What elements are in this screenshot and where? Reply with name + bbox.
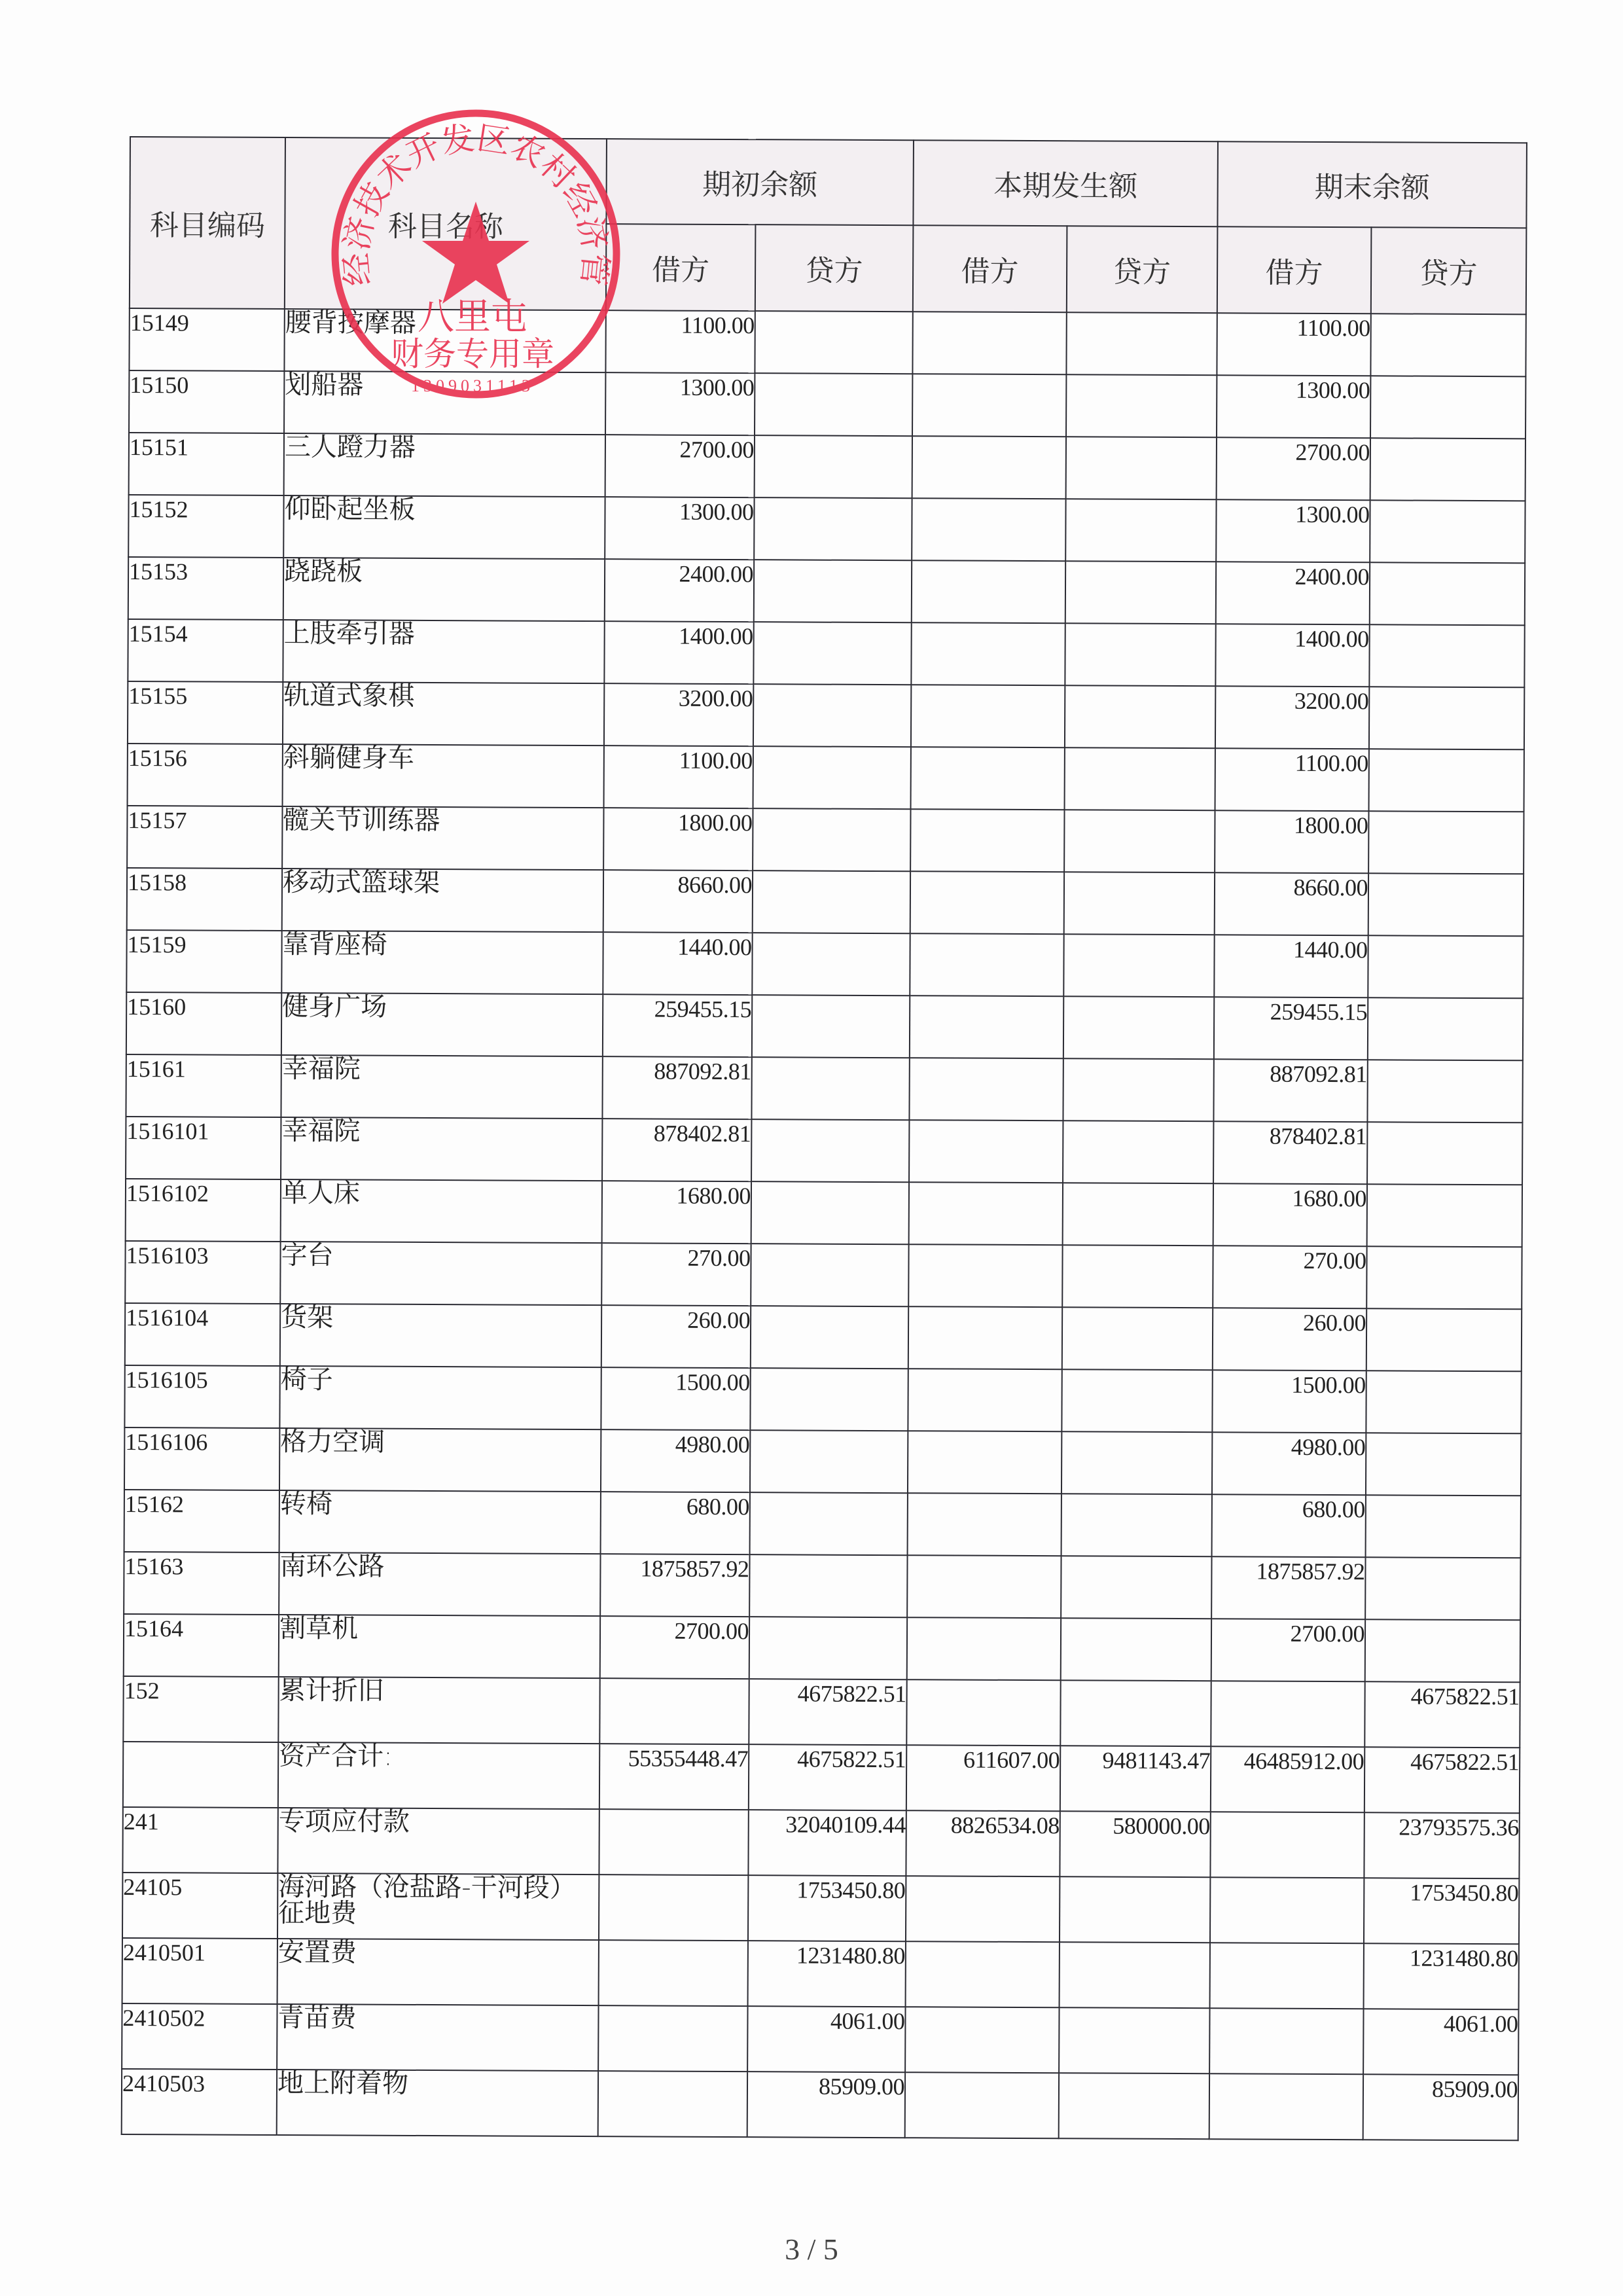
table-row: 2410503地上附着物85909.0085909.00 [122, 2069, 1518, 2140]
balance-ledger-table: 科目编码 科目名称 期初余额 本期发生额 期末余额 借方 贷方 借方 贷方 借方… [121, 136, 1527, 2141]
account-name: 椅子 [279, 1366, 601, 1429]
table-row: 1516101幸福院878402.81878402.81 [126, 1117, 1522, 1185]
account-code: 1516103 [125, 1241, 280, 1304]
table-row: 1516103字台270.00270.00 [125, 1241, 1522, 1309]
opening-credit-cell [749, 1554, 907, 1617]
account-code: 15163 [124, 1552, 279, 1615]
opening-credit-cell [750, 1492, 908, 1555]
account-name: 专项应付款 [277, 1808, 599, 1874]
account-name: 幸福院 [281, 1055, 602, 1119]
opening-credit-cell [753, 622, 911, 685]
table-row: 15155轨道式象棋3200.003200.00 [128, 681, 1524, 749]
account-code: 15151 [129, 433, 284, 495]
opening-debit-cell: 1680.00 [602, 1181, 751, 1244]
opening-debit-cell: 1100.00 [605, 310, 755, 373]
table-row: 15152仰卧起坐板1300.001300.00 [128, 495, 1525, 563]
closing-debit-cell: 887092.81 [1213, 1059, 1367, 1122]
opening-credit-cell: 4061.00 [747, 2006, 905, 2072]
period-credit-cell [1061, 1431, 1212, 1494]
closing-debit-cell [1211, 1681, 1364, 1747]
header-opening-debit: 借方 [606, 224, 756, 311]
table-row: 24105海河路（沧盐路-干河段）征地费1753450.801753450.80 [122, 1873, 1519, 1944]
account-code: 15150 [129, 370, 284, 433]
account-name: 地上附着物 [277, 2070, 598, 2136]
period-debit-cell [908, 1493, 1061, 1556]
account-code: 15164 [124, 1614, 279, 1677]
account-name: 健身广场 [281, 993, 603, 1056]
closing-credit-cell [1369, 687, 1524, 749]
table-row: 15149腰背按摩器1100.001100.00 [129, 308, 1525, 376]
opening-debit-cell: 1300.00 [605, 372, 755, 435]
account-name: 髋关节训练器 [282, 806, 603, 870]
account-name: 仰卧起坐板 [283, 495, 605, 559]
closing-credit-cell [1366, 1371, 1521, 1433]
opening-credit-cell [755, 435, 912, 498]
period-debit-cell [908, 1369, 1061, 1431]
account-name: 字台 [280, 1242, 601, 1305]
document-page: 科目编码 科目名称 期初余额 本期发生额 期末余额 借方 贷方 借方 贷方 借方… [0, 0, 1623, 2296]
closing-credit-cell: 1231480.80 [1364, 1943, 1519, 2009]
closing-debit-cell [1210, 1877, 1364, 1943]
period-credit-cell [1065, 685, 1215, 748]
header-opening-balance: 期初余额 [606, 139, 914, 225]
account-name: 腰背按摩器 [284, 309, 605, 372]
closing-credit-cell [1367, 1122, 1522, 1185]
account-code: 2410503 [122, 2069, 277, 2135]
closing-debit-cell: 1300.00 [1216, 499, 1370, 562]
closing-debit-cell: 1100.00 [1217, 313, 1370, 376]
period-debit-cell [911, 747, 1065, 810]
period-debit-cell [906, 1679, 1060, 1746]
header-period-debit: 借方 [913, 225, 1067, 312]
period-debit-cell [912, 374, 1066, 437]
closing-debit-cell: 8660.00 [1215, 872, 1368, 935]
period-credit-cell [1059, 2073, 1209, 2139]
table-row: 15162转椅680.00680.00 [124, 1490, 1521, 1558]
table-row: 15158移动式篮球架8660.008660.00 [127, 868, 1524, 936]
closing-credit-cell [1368, 873, 1524, 936]
ledger-body: 15149腰背按摩器1100.001100.0015150划船器1300.001… [122, 308, 1526, 2140]
account-code: 15161 [126, 1054, 281, 1117]
opening-debit-cell: 1300.00 [605, 497, 754, 560]
account-code: 1516101 [126, 1117, 281, 1179]
opening-debit-cell [598, 2005, 747, 2072]
closing-credit-cell [1369, 624, 1524, 687]
closing-debit-cell [1209, 2008, 1363, 2074]
closing-credit-cell: 85909.00 [1363, 2074, 1518, 2140]
period-debit-cell [912, 312, 1066, 374]
closing-debit-cell: 259455.15 [1214, 997, 1368, 1060]
period-debit-cell: 611607.00 [906, 1745, 1060, 1811]
period-credit-cell [1066, 312, 1217, 375]
period-debit-cell [907, 1617, 1061, 1680]
opening-debit-cell: 680.00 [601, 1492, 750, 1554]
closing-credit-cell: 4061.00 [1363, 2009, 1518, 2075]
period-debit-cell [907, 1555, 1061, 1618]
opening-debit-cell: 878402.81 [602, 1119, 751, 1181]
closing-credit-cell [1366, 1246, 1522, 1309]
header-account-name: 科目名称 [285, 137, 607, 310]
opening-debit-cell: 1400.00 [604, 621, 753, 684]
table-row: 2410502青苗费4061.004061.00 [122, 2003, 1518, 2075]
account-name: 靠背座椅 [281, 931, 603, 994]
period-debit-cell [909, 1182, 1063, 1245]
opening-debit-cell: 1800.00 [603, 808, 753, 870]
opening-credit-cell [752, 995, 910, 1058]
header-opening-credit: 贷方 [755, 224, 914, 312]
opening-credit-cell: 32040109.44 [748, 1810, 906, 1876]
period-credit-cell [1061, 1618, 1211, 1681]
period-credit-cell [1064, 872, 1215, 935]
opening-credit-cell [753, 684, 911, 747]
closing-debit-cell: 3200.00 [1215, 686, 1369, 749]
closing-debit-cell: 2700.00 [1211, 1619, 1365, 1681]
opening-credit-cell [752, 933, 910, 996]
closing-credit-cell [1369, 749, 1524, 812]
account-code: 152 [123, 1676, 278, 1742]
opening-credit-cell [754, 560, 912, 622]
opening-debit-cell: 2400.00 [605, 559, 754, 622]
table-row: 2410501安置费1231480.801231480.80 [122, 1938, 1519, 2009]
opening-credit-cell [751, 1119, 909, 1182]
account-code: 15158 [127, 868, 282, 931]
header-period-amount: 本期发生额 [913, 140, 1218, 226]
period-debit-cell [908, 1244, 1062, 1307]
opening-debit-cell: 1440.00 [603, 932, 752, 995]
table-row: 15153跷跷板2400.002400.00 [128, 557, 1525, 625]
period-debit-cell [912, 560, 1065, 623]
account-name: 转椅 [279, 1490, 601, 1554]
period-credit-cell [1066, 374, 1217, 437]
closing-credit-cell [1366, 1495, 1521, 1558]
account-code: 24105 [122, 1873, 277, 1939]
account-name: 割草机 [279, 1615, 600, 1678]
opening-credit-cell [751, 1181, 909, 1244]
period-debit-cell [910, 933, 1063, 996]
period-credit-cell [1065, 499, 1216, 562]
closing-debit-cell [1210, 1943, 1364, 2009]
account-code: 2410501 [122, 1938, 277, 2004]
account-code: 1516106 [124, 1427, 279, 1490]
account-code: 15160 [126, 992, 281, 1055]
account-code: 1516105 [124, 1365, 279, 1428]
account-name: 格力空调 [279, 1428, 601, 1492]
period-debit-cell [906, 1941, 1060, 2007]
account-code: 15154 [128, 619, 283, 682]
opening-credit-cell [751, 1244, 908, 1306]
period-credit-cell [1061, 1556, 1211, 1619]
opening-debit-cell: 887092.81 [602, 1056, 751, 1119]
closing-debit-cell: 260.00 [1213, 1308, 1366, 1371]
account-code: 1516104 [125, 1303, 280, 1366]
closing-debit-cell: 1500.00 [1212, 1370, 1366, 1433]
account-name: 青苗费 [277, 2004, 598, 2071]
closing-credit-cell [1370, 314, 1525, 376]
closing-credit-cell [1370, 438, 1525, 501]
closing-debit-cell: 1680.00 [1213, 1183, 1367, 1246]
period-credit-cell: 9481143.47 [1060, 1746, 1211, 1812]
closing-credit-cell: 4675822.51 [1364, 1681, 1520, 1748]
account-name: 斜躺健身车 [283, 744, 604, 808]
period-credit-cell [1062, 1307, 1213, 1370]
closing-debit-cell: 1100.00 [1215, 748, 1369, 811]
period-debit-cell [911, 622, 1065, 685]
table-row: 1516102单人床1680.001680.00 [126, 1179, 1522, 1247]
table-row: 15164割草机2700.002700.00 [124, 1614, 1520, 1682]
closing-credit-cell [1366, 1308, 1522, 1371]
period-debit-cell [910, 996, 1063, 1058]
closing-credit-cell: 1753450.80 [1364, 1878, 1519, 1944]
table-row: 15157髋关节训练器1800.001800.00 [127, 806, 1524, 874]
account-name: 海河路（沧盐路-干河段）征地费 [277, 1873, 599, 1940]
closing-debit-cell [1210, 1812, 1364, 1878]
account-code: 15162 [124, 1490, 279, 1552]
closing-debit-cell: 1875857.92 [1211, 1556, 1365, 1619]
account-code [123, 1742, 278, 1808]
period-debit-cell [905, 2072, 1059, 2138]
closing-debit-cell: 1440.00 [1214, 935, 1368, 997]
period-credit-cell [1063, 1121, 1213, 1183]
period-debit-cell [908, 1306, 1062, 1369]
closing-debit-cell [1209, 2073, 1363, 2140]
opening-credit-cell: 85909.00 [747, 2072, 905, 2138]
header-period-credit: 贷方 [1067, 226, 1218, 313]
closing-credit-cell: 23793575.36 [1364, 1812, 1519, 1878]
account-name: 单人床 [281, 1179, 602, 1243]
period-debit-cell [912, 436, 1066, 499]
account-code: 15155 [128, 681, 283, 744]
closing-debit-cell: 270.00 [1213, 1246, 1366, 1308]
period-credit-cell [1060, 1942, 1210, 2008]
period-debit-cell [906, 1876, 1060, 1942]
closing-credit-cell [1365, 1619, 1520, 1682]
period-debit-cell [910, 809, 1064, 872]
period-debit-cell [909, 1058, 1063, 1121]
period-credit-cell [1063, 996, 1214, 1059]
opening-debit-cell [599, 1678, 749, 1744]
account-name: 货架 [280, 1304, 601, 1367]
account-name: 安置费 [277, 1939, 599, 2005]
opening-debit-cell [599, 1809, 748, 1875]
opening-credit-cell [751, 1306, 908, 1369]
opening-debit-cell: 270.00 [601, 1243, 751, 1306]
opening-debit-cell: 8660.00 [603, 870, 753, 933]
account-name: 南环公路 [279, 1552, 600, 1616]
period-credit-cell [1060, 1876, 1210, 1943]
closing-debit-cell: 2400.00 [1216, 562, 1370, 624]
period-credit-cell [1063, 1183, 1213, 1246]
period-debit-cell [905, 2007, 1059, 2073]
period-credit-cell [1065, 747, 1215, 810]
table-row: 1516105椅子1500.001500.00 [124, 1365, 1521, 1433]
closing-credit-cell [1367, 1060, 1522, 1122]
table-row: 1516106格力空调4980.004980.00 [124, 1427, 1521, 1496]
closing-credit-cell: 4675822.51 [1364, 1747, 1520, 1813]
opening-debit-cell: 2700.00 [600, 1616, 749, 1679]
period-credit-cell [1065, 623, 1215, 686]
closing-debit-cell: 680.00 [1212, 1494, 1366, 1557]
table-row: 资产合计:55355448.474675822.51611607.0094811… [123, 1742, 1520, 1813]
opening-debit-cell: 55355448.47 [599, 1744, 749, 1810]
table-row: 15163南环公路1875857.921875857.92 [124, 1552, 1520, 1620]
period-credit-cell [1061, 1494, 1212, 1556]
opening-credit-cell [755, 311, 912, 374]
closing-debit-cell: 1400.00 [1215, 624, 1369, 687]
closing-credit-cell [1366, 1433, 1521, 1496]
opening-credit-cell: 4675822.51 [749, 1679, 906, 1745]
opening-credit-cell [750, 1368, 908, 1431]
account-code: 15156 [128, 744, 283, 806]
opening-debit-cell: 1500.00 [601, 1367, 750, 1430]
period-credit-cell: 580000.00 [1060, 1811, 1210, 1877]
period-credit-cell [1063, 934, 1214, 997]
period-debit-cell [912, 498, 1065, 561]
account-name: 资产合计: [278, 1742, 599, 1809]
closing-credit-cell [1370, 376, 1525, 439]
table-row: 152累计折旧4675822.514675822.51 [123, 1676, 1520, 1748]
table-row: 15161幸福院887092.81887092.81 [126, 1054, 1522, 1122]
opening-debit-cell: 259455.15 [603, 994, 752, 1057]
closing-credit-cell [1368, 811, 1524, 874]
period-debit-cell [908, 1431, 1061, 1494]
closing-credit-cell [1370, 562, 1525, 625]
period-credit-cell [1065, 561, 1216, 624]
account-code: 241 [122, 1807, 277, 1873]
account-name: 三人蹬力器 [284, 433, 605, 497]
period-credit-cell [1064, 810, 1215, 872]
account-code: 15157 [127, 806, 282, 869]
opening-credit-cell [753, 746, 911, 809]
header-closing-balance: 期末余额 [1217, 141, 1527, 228]
period-debit-cell [910, 871, 1064, 934]
opening-debit-cell: 260.00 [601, 1305, 751, 1368]
opening-credit-cell: 4675822.51 [749, 1744, 906, 1810]
account-code: 1516102 [126, 1179, 281, 1242]
period-debit-cell: 8826534.08 [906, 1810, 1060, 1876]
opening-credit-cell [753, 808, 910, 871]
opening-credit-cell [755, 373, 912, 436]
account-code: 15159 [126, 930, 281, 993]
closing-credit-cell [1368, 935, 1523, 998]
opening-credit-cell: 1753450.80 [748, 1875, 906, 1941]
opening-credit-cell [749, 1617, 907, 1679]
period-credit-cell [1062, 1245, 1213, 1308]
page-number: 3 / 5 [0, 2232, 1623, 2267]
period-debit-cell [909, 1120, 1063, 1183]
table-row: 15160健身广场259455.15259455.15 [126, 992, 1523, 1060]
account-name: 划船器 [284, 371, 605, 435]
opening-credit-cell [751, 1057, 909, 1120]
opening-credit-cell [750, 1430, 908, 1493]
period-credit-cell [1060, 1680, 1211, 1746]
account-code: 15149 [129, 308, 284, 371]
opening-debit-cell [599, 1940, 748, 2006]
closing-credit-cell [1368, 997, 1523, 1060]
opening-debit-cell: 1875857.92 [600, 1554, 749, 1617]
closing-debit-cell: 46485912.00 [1211, 1746, 1364, 1812]
opening-debit-cell: 1100.00 [604, 745, 753, 808]
closing-credit-cell [1365, 1557, 1520, 1620]
account-code: 15152 [128, 495, 283, 558]
header-account-code: 科目编码 [130, 137, 285, 309]
closing-credit-cell [1370, 500, 1525, 563]
account-name: 累计折旧 [278, 1677, 599, 1744]
account-name: 幸福院 [281, 1117, 602, 1181]
opening-debit-cell: 2700.00 [605, 435, 755, 497]
table-row: 241专项应付款32040109.448826534.08580000.0023… [122, 1807, 1519, 1878]
period-credit-cell [1059, 2007, 1209, 2073]
closing-debit-cell: 1300.00 [1217, 375, 1370, 438]
closing-debit-cell: 4980.00 [1212, 1432, 1366, 1495]
closing-debit-cell: 878402.81 [1213, 1121, 1367, 1184]
account-name: 移动式篮球架 [282, 869, 603, 932]
closing-credit-cell [1367, 1184, 1522, 1247]
closing-debit-cell: 1800.00 [1215, 810, 1368, 873]
opening-debit-cell [598, 2071, 747, 2137]
opening-debit-cell: 3200.00 [604, 683, 753, 746]
table-row: 15154上肢牵引器1400.001400.00 [128, 619, 1524, 687]
account-code: 2410502 [122, 2003, 277, 2070]
table-row: 15159靠背座椅1440.001440.00 [126, 930, 1523, 998]
table-row: 15151三人蹬力器2700.002700.00 [129, 433, 1525, 501]
period-credit-cell [1066, 437, 1217, 499]
period-credit-cell [1063, 1058, 1213, 1121]
opening-credit-cell: 1231480.80 [748, 1941, 906, 2007]
account-name: 上肢牵引器 [283, 620, 604, 683]
opening-debit-cell: 4980.00 [601, 1429, 750, 1492]
table-row: 15156斜躺健身车1100.001100.00 [128, 744, 1524, 812]
opening-credit-cell [753, 870, 910, 933]
account-name: 轨道式象棋 [283, 682, 604, 745]
closing-debit-cell: 2700.00 [1217, 437, 1370, 500]
period-debit-cell [911, 685, 1065, 747]
header-closing-credit: 贷方 [1371, 227, 1527, 314]
opening-credit-cell [754, 497, 912, 560]
account-code: 15153 [128, 557, 283, 620]
header-closing-debit: 借方 [1217, 226, 1372, 314]
period-credit-cell [1061, 1369, 1212, 1432]
table-row: 15150划船器1300.001300.00 [129, 370, 1525, 439]
account-name: 跷跷板 [283, 558, 605, 621]
table-row: 1516104货架260.00260.00 [125, 1303, 1522, 1371]
opening-debit-cell [599, 1874, 748, 1941]
